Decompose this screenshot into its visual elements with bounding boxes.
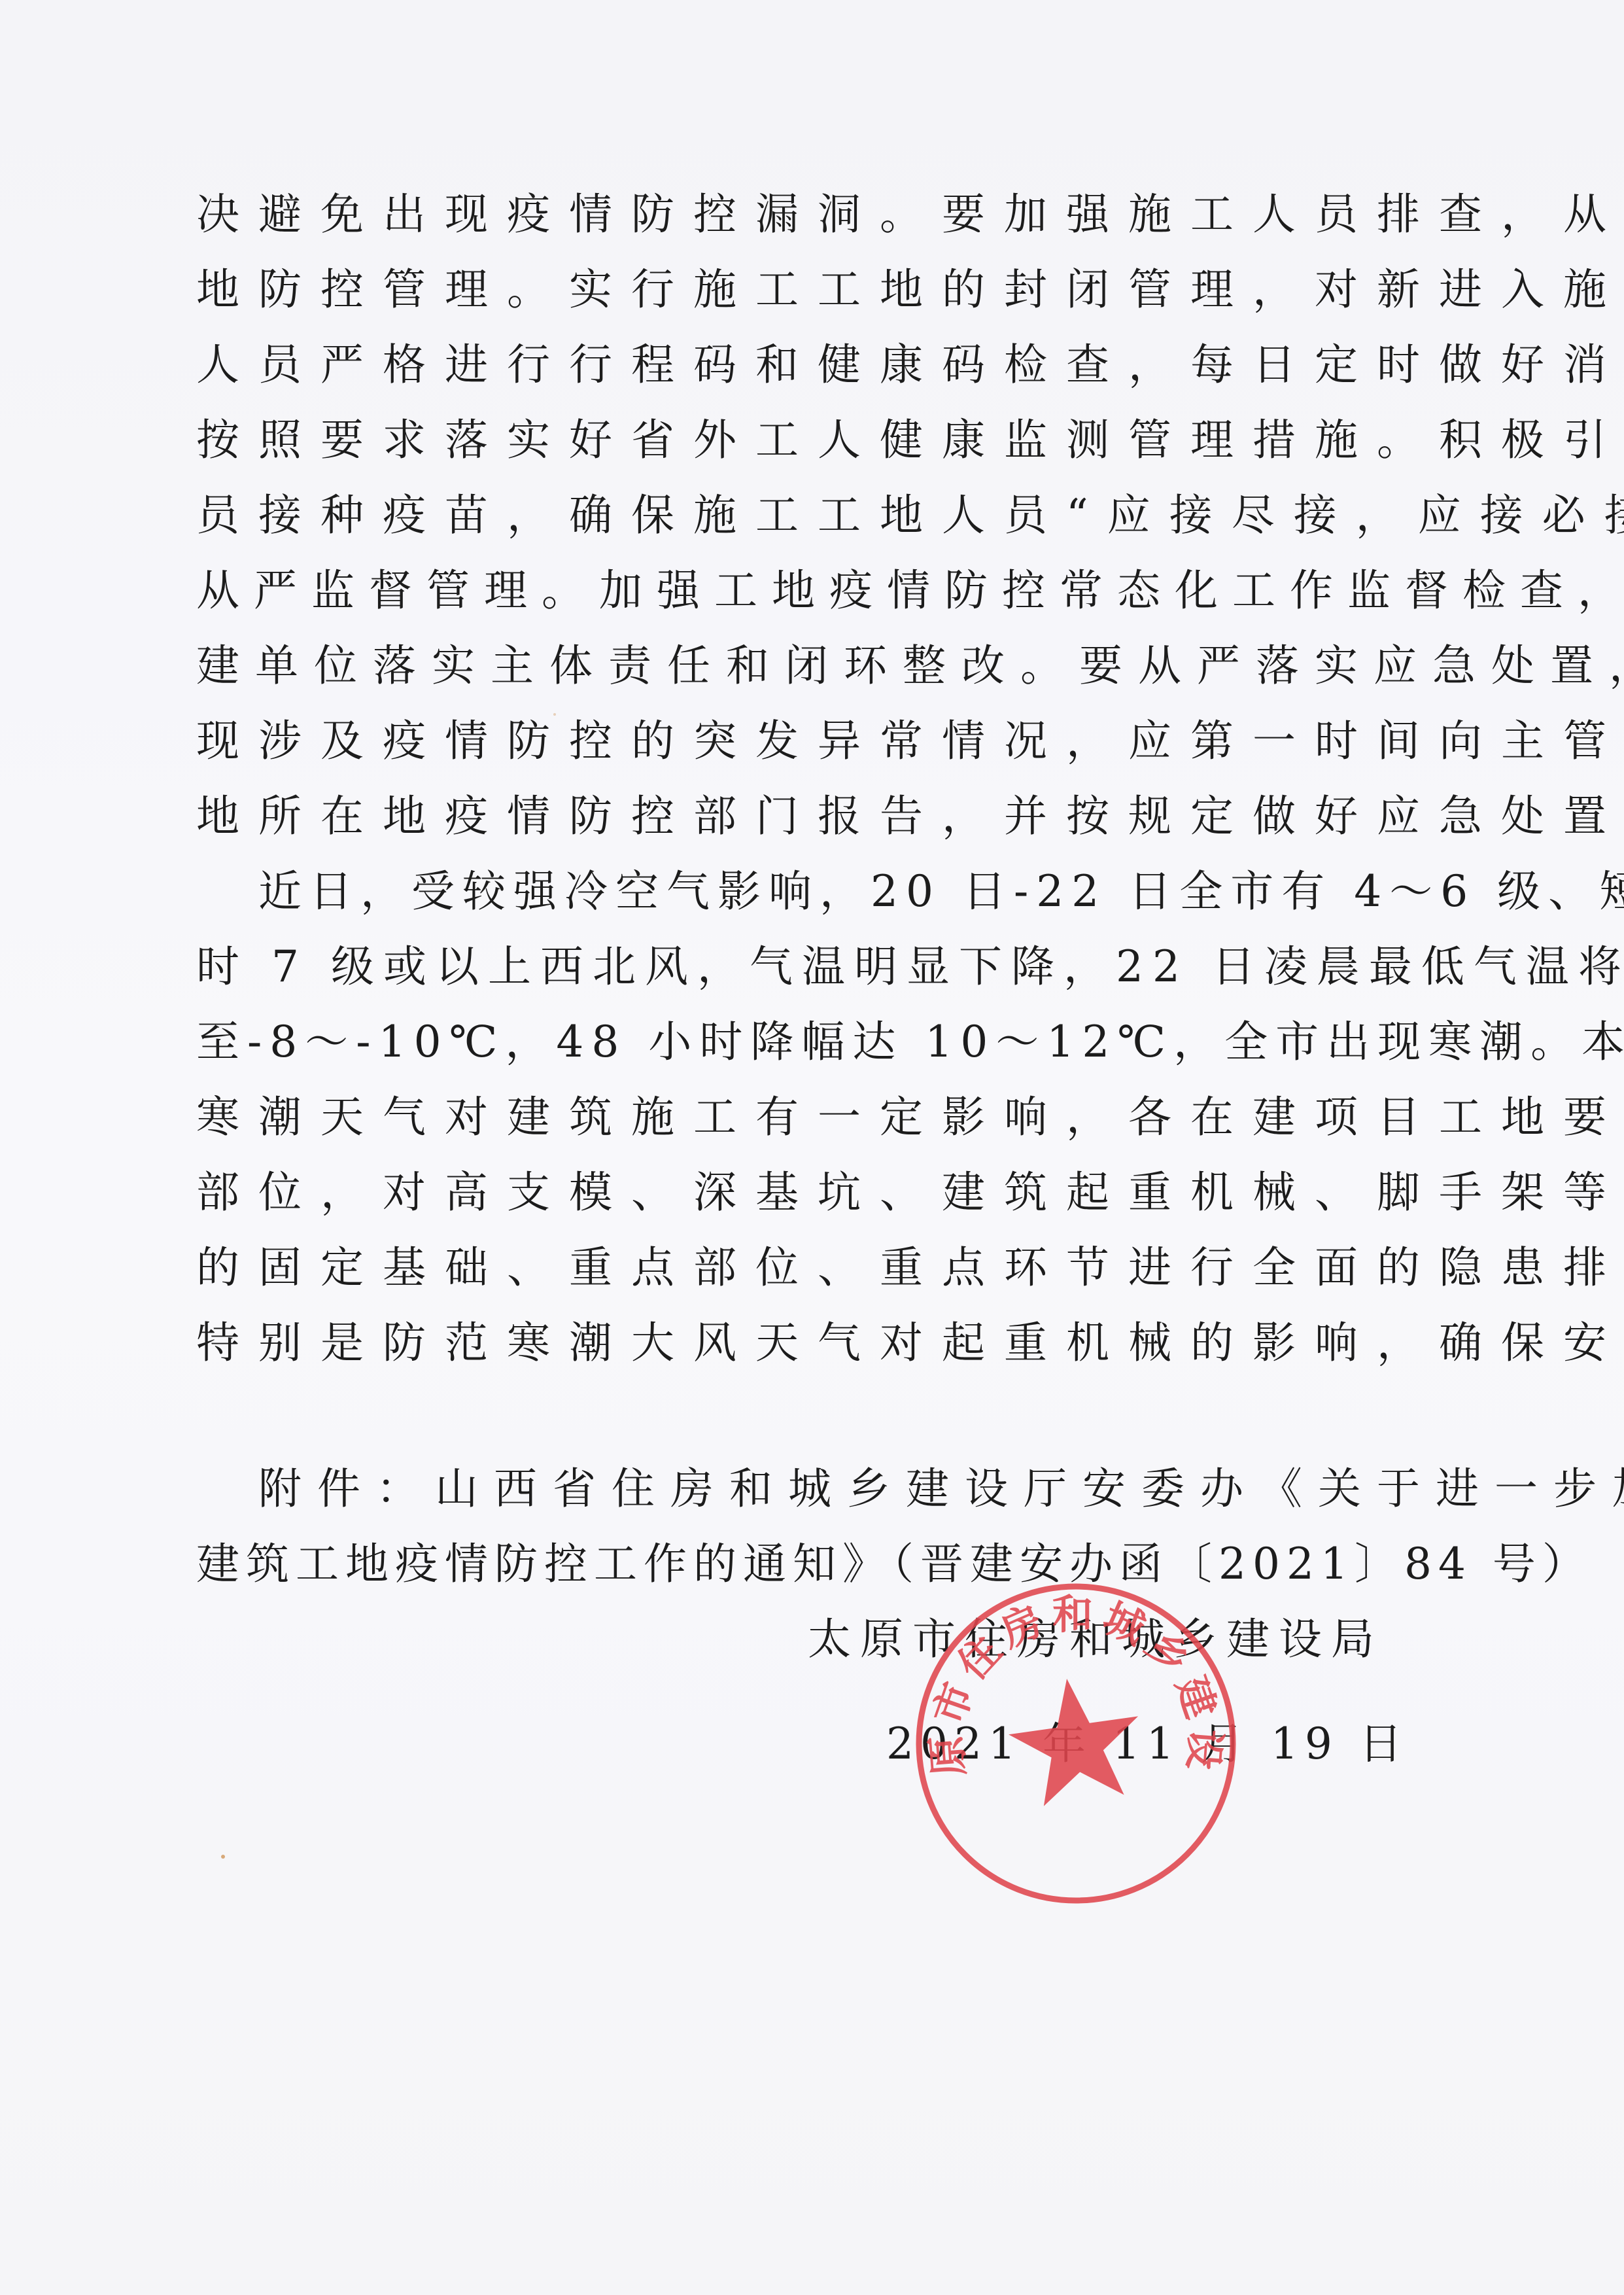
- text-line: 按照要求落实好省外工人健康监测管理措施。积极引导施工人: [196, 414, 1387, 466]
- text-line: 时 7 级或以上西北风，气温明显下降，22 日凌晨最低气温将降: [196, 941, 1387, 993]
- issue-date: 2021 年 11 月 19 日: [886, 1718, 1624, 1770]
- attachment-line: 建筑工地疫情防控工作的通知》（晋建安办函〔2021〕84 号）: [196, 1538, 1387, 1590]
- text-line: 特别是防范寒潮大风天气对起重机械的影响，确保安全施工。: [196, 1317, 1387, 1369]
- document-page: 决避免出现疫情防控漏洞。要加强施工人员排查，从严施工工 地防控管理。实行施工工地…: [0, 0, 1624, 2295]
- scan-speck: [553, 713, 556, 716]
- text-line: 现涉及疫情防控的突发异常情况，应第一时间向主管部门和工: [196, 715, 1387, 767]
- text-line: 的固定基础、重点部位、重点环节进行全面的隐患排查整治，: [196, 1242, 1387, 1294]
- text-line: 地所在地疫情防控部门报告，并按规定做好应急处置工作。: [196, 790, 1387, 843]
- text-line: 从严监督管理。加强工地疫情防控常态化工作监督检查，督促各参: [196, 565, 1387, 617]
- text-line: 建单位落实主体责任和闭环整改。要从严落实应急处置，一旦发: [196, 640, 1387, 692]
- text-line: 决避免出现疫情防控漏洞。要加强施工人员排查，从严施工工: [196, 188, 1387, 241]
- text-line: 至-8～-10℃，48 小时降幅达 10～12℃，全市出现寒潮。本次: [196, 1016, 1387, 1068]
- text-line: 近日，受较强冷空气影响，20 日-22 日全市有 4～6 级、短: [258, 866, 1387, 918]
- text-line: 部位，对高支模、深基坑、建筑起重机械、脚手架等危大工程: [196, 1166, 1387, 1219]
- issuer-name: 太原市住房和城乡建设局: [808, 1613, 1624, 1666]
- text-line: 人员严格进行行程码和健康码检查，每日定时做好消杀工作，: [196, 339, 1387, 391]
- text-line: 地防控管理。实行施工工地的封闭管理，对新进入施工工地的: [196, 264, 1387, 316]
- text-line: 员接种疫苗，确保施工工地人员“应接尽接，应接必接”。要: [196, 489, 1387, 542]
- text-line: 寒潮天气对建筑施工有一定影响，各在建项目工地要紧盯重点: [196, 1091, 1387, 1144]
- attachment-line: 附件：山西省住房和城乡建设厅安委办《关于进一步加强: [258, 1463, 1387, 1515]
- scan-speck: [221, 1855, 225, 1859]
